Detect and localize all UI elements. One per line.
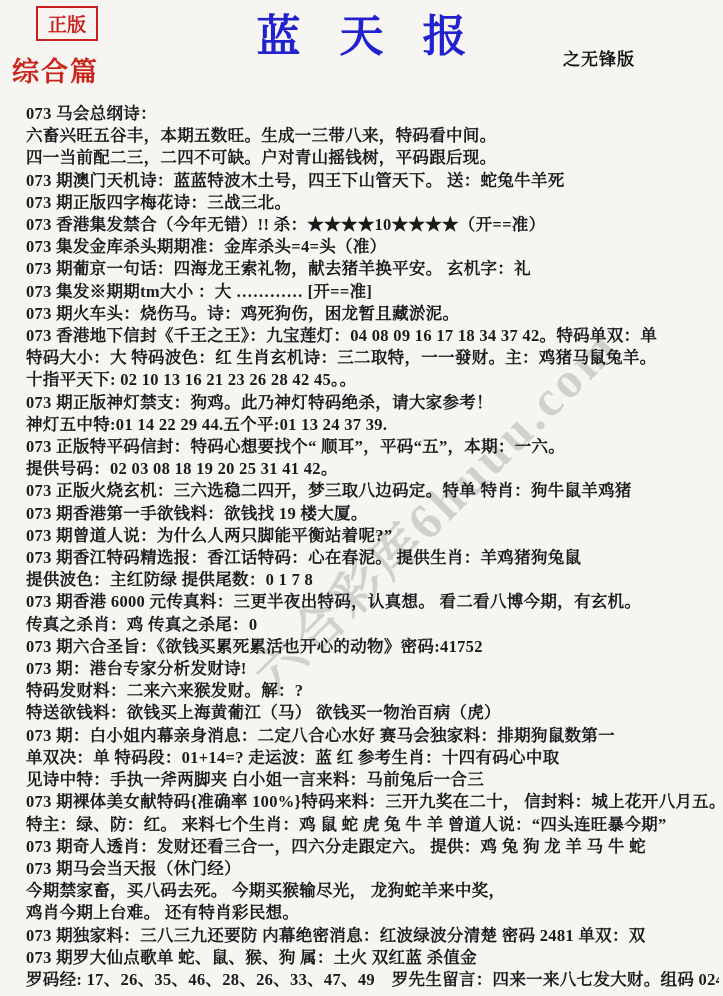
- report-line: 四一当前配二三，二四不可缺。户对青山摇钱树，平码跟后现。: [26, 147, 719, 169]
- report-line: 073 期正版四字梅花诗：三战三北。: [26, 192, 719, 214]
- report-line: 073 期香港第一手欲钱料：欲钱找 19 楼大厦。: [26, 503, 719, 525]
- report-line: 神灯五中特:01 14 22 29 44.五个平:01 13 24 37 39.: [26, 414, 719, 436]
- report-line: 073 期：港台专家分析发财诗!: [26, 658, 719, 680]
- report-line: 073 期香江特码精选报：香江话特码：心在春泥。 提供生肖：羊鸡猪狗兔鼠: [26, 547, 719, 569]
- report-line: 六畜兴旺五谷丰，本期五数旺。生成一三带八来，特码看中间。: [26, 125, 719, 147]
- report-line: 罗码经: 17、26、35、46、28、26、33、47、49 罗先生留言：四来…: [26, 969, 719, 991]
- report-line: 特主：绿、防：红。 来料七个生肖：鸡 鼠 蛇 虎 兔 牛 羊 曾道人说：“四头连…: [26, 814, 719, 836]
- report-line: 073 期马会当天报（休门经）: [26, 858, 719, 880]
- report-line: 073 期火车头：烧伤马。诗：鸡死狗伤，困龙暂且藏淤泥。: [26, 303, 719, 325]
- report-line: 提供号码：02 03 08 18 19 20 25 31 41 42。: [26, 458, 719, 480]
- report-line: 073 集发※期期tm大小 ：大 ………… [开==准]: [26, 281, 719, 303]
- report-line: 今期禁家畜，买八码去死。 今期买猴输尽光， 龙狗蛇羊来中奖，: [26, 880, 719, 902]
- report-line: 073 期裸体美女献特码{准确率 100%}特码来料：三开九奖在二十， 信封料：…: [26, 791, 719, 813]
- report-line: 特送欲钱料：欲钱买上海黄葡江（马） 欲钱买一物治百病（虎）: [26, 702, 719, 724]
- report-line: 073 马会总纲诗：: [26, 103, 719, 125]
- report-line: 073 期六合圣旨：《欲钱买累死累活也开心的动物》密码:41752: [26, 636, 719, 658]
- report-line: 073 期罗大仙点歌单 蛇、鼠、猴、狗 属：土火 双红蓝 杀值金: [26, 947, 719, 969]
- report-line: 073 期香港 6000 元传真料：三更半夜出特码，认真想。 看二看八博今期，有…: [26, 591, 719, 613]
- section-title: 综合篇: [12, 50, 99, 89]
- report-line: 073 香港地下信封《千王之王》：九宝莲灯：04 08 09 16 17 18 …: [26, 325, 719, 347]
- report-line: 单双决：单 特码段：01+14=? 走运波：蓝 红 参考生肖：十四有码心中取: [26, 747, 719, 769]
- report-line: 073 期：白小姐内幕亲身消息：二定八合心水好 赛马会独家料：排期狗鼠数第一: [26, 725, 719, 747]
- report-line: 073 集发金库杀头期期准：金库杀头=4=头（准）: [26, 236, 719, 258]
- report-line: 073 正版特平码信封：特码心想要找个“ 顺耳”，平码“五”，本期：一六。: [26, 436, 719, 458]
- report-line: 见诗中特：手执一斧两脚夹 白小姐一言来料：马前兔后一合三: [26, 769, 719, 791]
- report-line: 073 期曾道人说：为什么人两只脚能平衡站着呢?”: [26, 525, 719, 547]
- report-line: 073 期澳门天机诗：蓝蓝特波木土号，四王下山管天下。 送：蛇兔牛羊死: [26, 170, 719, 192]
- report-page: 正版 蓝 天 报 之无锋版 综合篇 六合彩库6huuu.com 073 马会总纲…: [0, 0, 723, 996]
- report-line: 鸡肖今期上台难。 还有特肖彩民想。: [26, 902, 719, 924]
- edition-label: 之无锋版: [563, 45, 635, 70]
- report-line: 073 期正版神灯禁支：狗鸡。此乃神灯特码绝杀，请大家参考！: [26, 392, 719, 414]
- report-line: 特码发财料：二来六来猴发财。解：?: [26, 680, 719, 702]
- report-line: 073 期奇人透肖：发财还看三合一，四六分走跟定六。 提供：鸡 兔 狗 龙 羊 …: [26, 836, 719, 858]
- report-line: 073 正版火烧玄机：三六选稳二四开，梦三取八边码定。特单 特肖：狗牛鼠羊鸡猪: [26, 480, 719, 502]
- report-line: 十指平天下: 02 10 13 16 21 23 26 28 42 45。。: [26, 369, 719, 391]
- report-body: 073 马会总纲诗： 六畜兴旺五谷丰，本期五数旺。生成一三带八来，特码看中间。 …: [26, 103, 719, 991]
- report-line: 传真之杀肖：鸡 传真之杀尾：0: [26, 614, 719, 636]
- report-line: 提供波色：主红防绿 提供尾数：0 1 7 8: [26, 569, 719, 591]
- report-line: 特码大小：大 特码波色：红 生肖玄机诗：三二取特，一一發财。主：鸡猪马鼠兔羊。: [26, 347, 719, 369]
- report-line: 073 期独家料：三八三九还要防 内幕绝密消息：红波绿波分清楚 密码 2481 …: [26, 925, 719, 947]
- report-line: 073 期葡京一句话：四海龙王索礼物，献去猪羊换平安。 玄机字：礼: [26, 258, 719, 280]
- report-line: 073 香港集发禁合（今年无错）!! 杀：★★★★10★★★★（开==准）: [26, 214, 719, 236]
